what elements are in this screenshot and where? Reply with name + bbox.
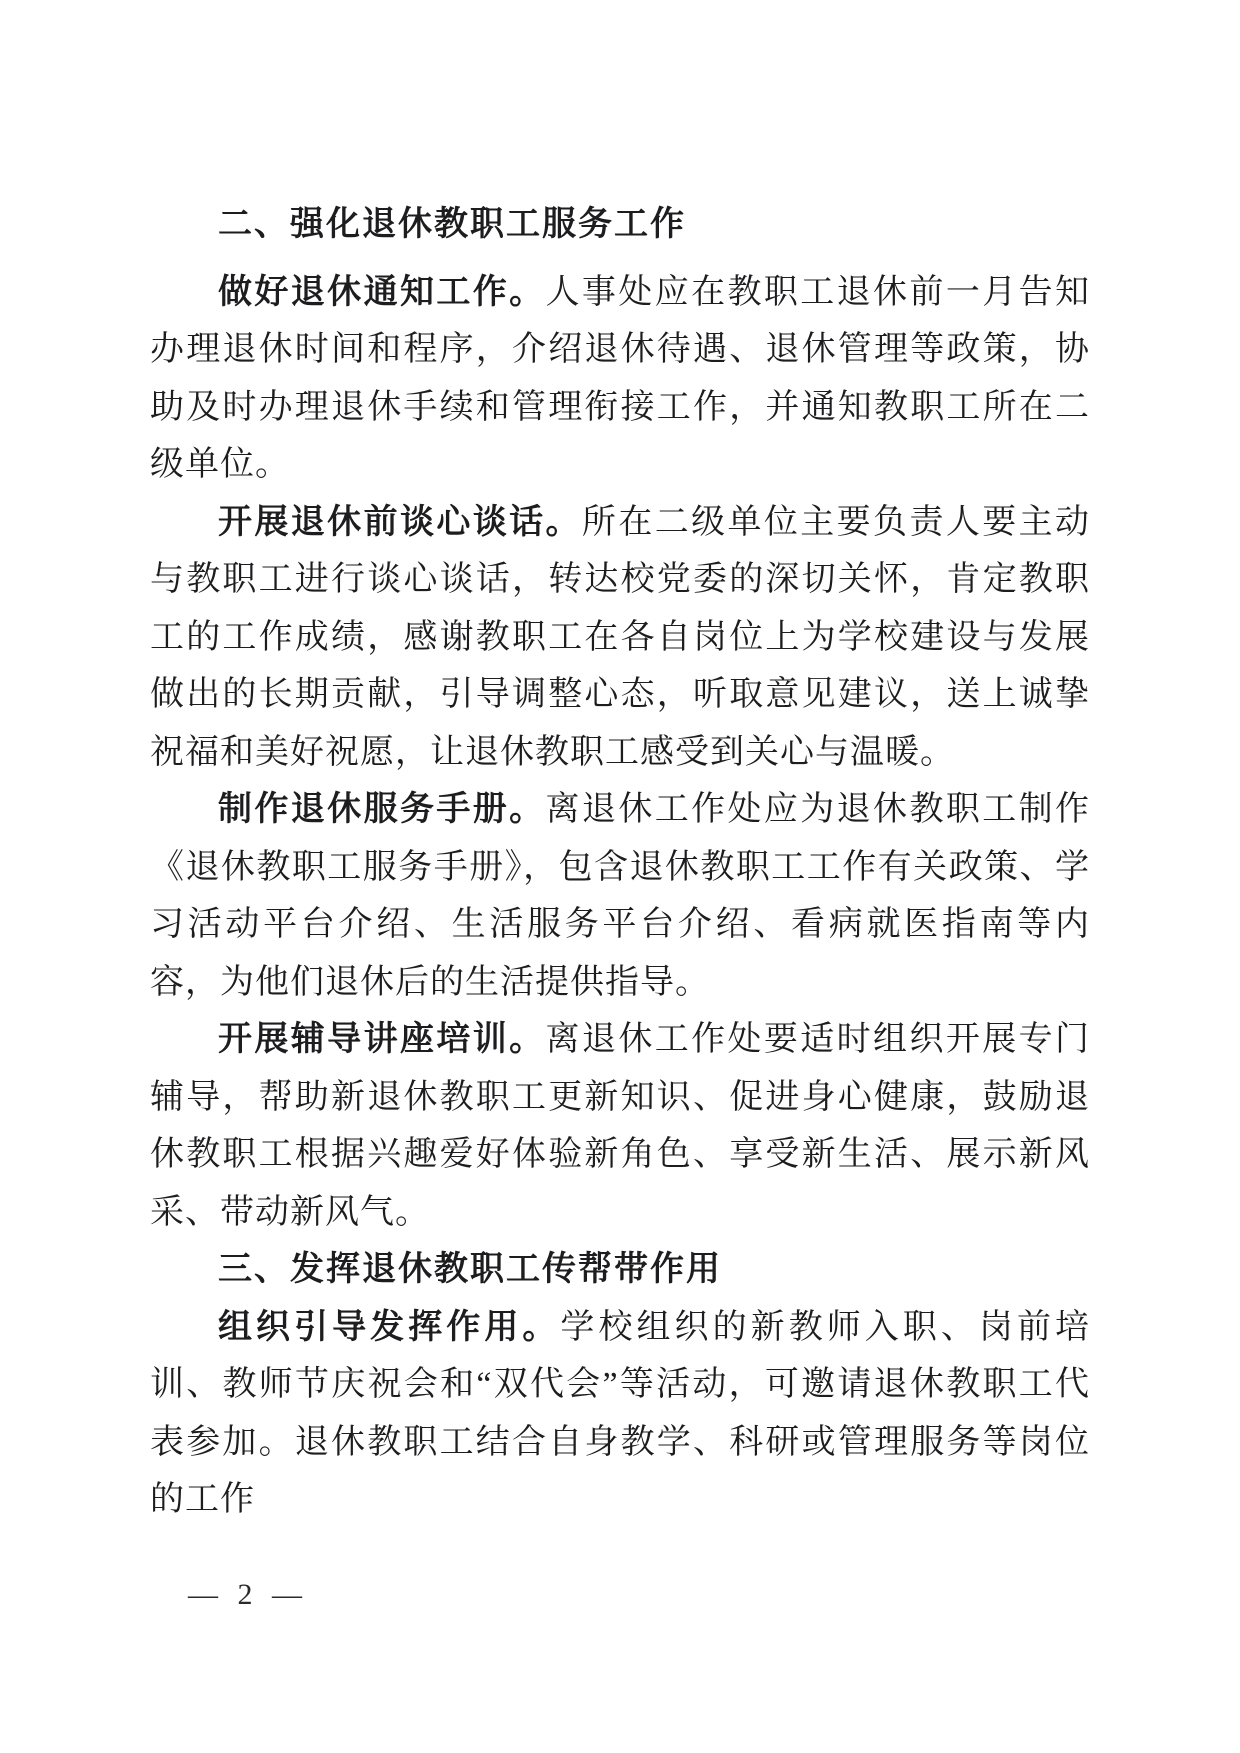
paragraph-text: 所在二级单位主要负责人要主动与教职工进行谈心谈话，转达校党委的深切关怀，肯定教职… [150, 504, 1090, 771]
document-body: 二、强化退休教职工服务工作 做好退休通知工作。人事处应在教职工退休前一月告知办理… [150, 196, 1090, 1529]
paragraph-service-handbook: 制作退休服务手册。离退休工作处应为退休教职工制作《退休教职工服务手册》，包含退休… [150, 781, 1090, 1011]
paragraph-lead: 制作退休服务手册。 [218, 791, 546, 828]
document-page: 二、强化退休教职工服务工作 做好退休通知工作。人事处应在教职工退休前一月告知办理… [0, 0, 1240, 1753]
paragraph-organize-guidance: 组织引导发挥作用。学校组织的新教师入职、岗前培训、教师节庆祝会和“双代会”等活动… [150, 1299, 1090, 1529]
paragraph-lecture-training: 开展辅导讲座培训。离退休工作处要适时组织开展专门辅导，帮助新退休教职工更新知识、… [150, 1011, 1090, 1241]
section-heading-3: 三、发挥退休教职工传帮带作用 [150, 1241, 1090, 1299]
paragraph-retirement-notice: 做好退休通知工作。人事处应在教职工退休前一月告知办理退休时间和程序，介绍退休待遇… [150, 264, 1090, 494]
paragraph-pre-retirement-talk: 开展退休前谈心谈话。所在二级单位主要负责人要主动与教职工进行谈心谈话，转达校党委… [150, 494, 1090, 782]
paragraph-lead: 开展辅导讲座培训。 [218, 1021, 546, 1058]
section-heading-2: 二、强化退休教职工服务工作 [150, 196, 1090, 254]
page-number: — 2 — [188, 1578, 308, 1612]
paragraph-lead: 组织引导发挥作用。 [218, 1309, 560, 1346]
paragraph-lead: 做好退休通知工作。 [218, 274, 546, 311]
paragraph-lead: 开展退休前谈心谈话。 [218, 504, 582, 541]
